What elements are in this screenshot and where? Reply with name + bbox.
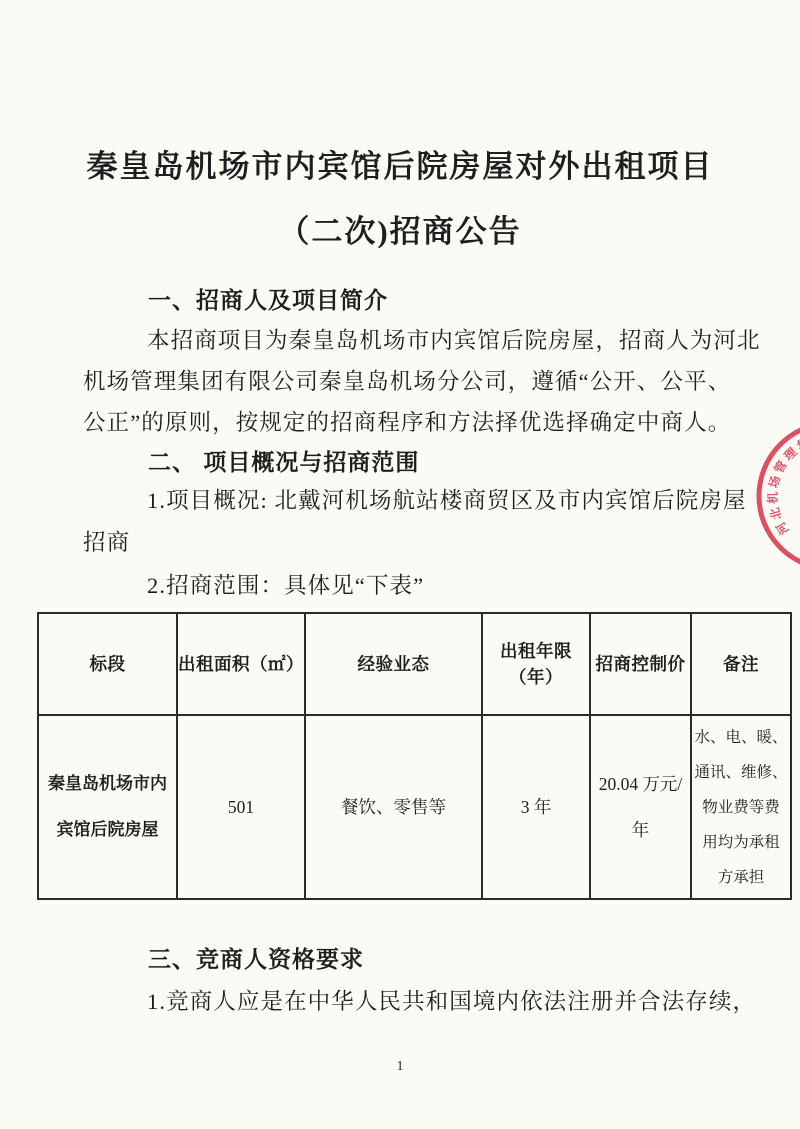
cell-remarks: 水、电、暖、 通讯、维修、 物业费等费 用均为承租 方承担	[691, 715, 791, 899]
cell-control-price: 20.04 万元/ 年	[590, 715, 691, 899]
section1-line3: 公正”的原则，按规定的招商程序和方法择优选择确定中商人。	[83, 407, 731, 439]
section3-heading: 三、竞商人资格要求	[148, 941, 364, 974]
table-row: 秦皇岛机场市内 宾馆后院房屋 501 餐饮、零售等 3 年 20.04 万元/ …	[38, 715, 791, 899]
page-number: 1	[0, 1059, 800, 1075]
section1-heading: 一、招商人及项目简介	[148, 282, 388, 315]
document-title-line2: （二次)招商公告	[0, 206, 800, 251]
header-control-price: 招商控制价	[590, 613, 691, 715]
cell-biaoduan: 秦皇岛机场市内 宾馆后院房屋	[38, 715, 177, 899]
red-seal-stamp: 河北机场管理集团有限公司秦皇岛机场分公司	[742, 410, 800, 586]
header-remarks: 备注	[691, 613, 791, 715]
table-header-row: 标段 出租面积（㎡） 经验业态 出租年限 （年） 招商控制价 备注	[38, 613, 791, 715]
document-page: 秦皇岛机场市内宾馆后院房屋对外出租项目 （二次)招商公告 一、招商人及项目简介 …	[0, 0, 800, 1129]
section1-line2: 机场管理集团有限公司秦皇岛机场分公司，遵循“公开、公平、	[83, 366, 731, 398]
header-biaoduan: 标段	[38, 613, 177, 715]
cell-area: 501	[177, 715, 305, 899]
header-area: 出租面积（㎡）	[177, 613, 305, 715]
header-lease-term: 出租年限 （年）	[482, 613, 590, 715]
lease-info-table: 标段 出租面积（㎡） 经验业态 出租年限 （年） 招商控制价 备注 秦皇岛机场市…	[37, 612, 792, 900]
cell-lease-term: 3 年	[482, 715, 590, 899]
section2-item1-line1: 1.项目概况: 北戴河机场航站楼商贸区及市内宾馆后院房屋	[147, 485, 747, 517]
section3-line1: 1.竞商人应是在中华人民共和国境内依法注册并合法存续，	[147, 986, 756, 1018]
section1-line1: 本招商项目为秦皇岛机场市内宾馆后院房屋，招商人为河北	[147, 325, 761, 357]
section2-heading: 二、 项目概况与招商范围	[148, 444, 419, 477]
section2-item1-line2: 招商	[83, 527, 130, 559]
seal-text: 河北机场管理集团有限公司秦皇岛机场分公司	[765, 429, 800, 563]
section2-item2: 2.招商范围：具体见“下表”	[147, 570, 424, 602]
header-business-type: 经验业态	[305, 613, 482, 715]
document-title-line1: 秦皇岛机场市内宾馆后院房屋对外出租项目	[0, 141, 800, 186]
cell-business-type: 餐饮、零售等	[305, 715, 482, 899]
